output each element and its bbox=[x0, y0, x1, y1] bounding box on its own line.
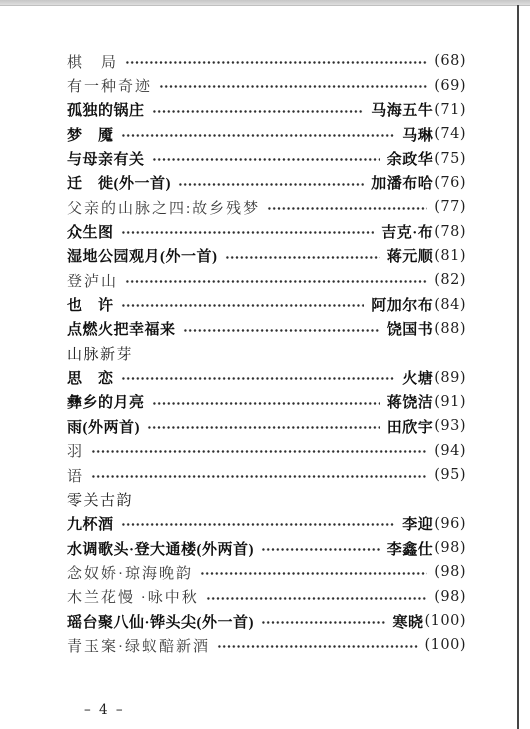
scanned-toc-page: 棋 局(68)有一种奇迹(69)孤独的锅庄马海五牛(71)梦 魇马琳(74)与母… bbox=[0, 0, 530, 729]
toc-entry: 与母亲有关余政华(75) bbox=[67, 146, 466, 170]
entry-author: 阿加尔布 bbox=[371, 294, 433, 315]
toc-section-heading: 零关古韵 bbox=[67, 487, 466, 511]
toc-entry: 瑶台聚八仙·铧头尖(外一首)寒晓(100) bbox=[67, 609, 466, 633]
dot-leader bbox=[152, 98, 365, 122]
dot-leader bbox=[125, 268, 427, 292]
entry-page-number: (88) bbox=[434, 321, 466, 337]
dot-leader bbox=[121, 292, 365, 316]
dot-leader bbox=[91, 463, 427, 487]
scan-top-edge bbox=[0, 0, 530, 6]
dot-leader bbox=[183, 317, 380, 341]
toc-entry: 语(95) bbox=[67, 463, 466, 487]
dot-leader bbox=[206, 585, 427, 609]
dot-leader bbox=[121, 365, 396, 389]
entry-title: 羽 bbox=[67, 440, 84, 461]
entry-title: 有一种奇迹 bbox=[67, 75, 152, 96]
entry-title: 孤独的锅庄 bbox=[67, 99, 145, 120]
toc-entry: 迁 徙(外一首)加潘布哈(76) bbox=[67, 171, 466, 195]
entry-author: 余政华 bbox=[387, 148, 434, 169]
entry-title: 与母亲有关 bbox=[67, 148, 145, 169]
toc-entry: 登泸山(82) bbox=[67, 268, 466, 292]
entry-title: 父亲的山脉之四:故乡残梦 bbox=[67, 197, 260, 218]
entry-title: 棋 局 bbox=[67, 51, 118, 72]
toc-entry: 也 许阿加尔布(84) bbox=[67, 292, 466, 316]
dot-leader bbox=[178, 171, 364, 195]
dot-leader bbox=[152, 146, 380, 170]
entry-author: 李鑫仕 bbox=[387, 538, 434, 559]
entry-page-number: (98) bbox=[434, 564, 466, 580]
dot-leader bbox=[91, 439, 427, 463]
entry-page-number: (77) bbox=[434, 199, 466, 215]
page-number-footer: – 4 – bbox=[84, 702, 125, 718]
entry-page-number: (74) bbox=[434, 126, 466, 142]
entry-page-number: (71) bbox=[434, 102, 466, 118]
entry-page-number: (81) bbox=[434, 248, 466, 264]
entry-page-number: (98) bbox=[434, 589, 466, 605]
toc-entry: 思 恋火塘(89) bbox=[67, 365, 466, 389]
entry-page-number: (69) bbox=[434, 78, 466, 94]
entry-title: 点燃火把幸福来 bbox=[67, 318, 176, 339]
toc-entry: 青玉案·绿蚁醅新酒(100) bbox=[67, 633, 466, 657]
entry-title: 雨(外两首) bbox=[67, 416, 140, 437]
dot-leader bbox=[225, 244, 380, 268]
toc-entry: 梦 魇马琳(74) bbox=[67, 122, 466, 146]
entry-title: 湿地公园观月(外一首) bbox=[67, 245, 218, 266]
scan-right-edge-line bbox=[517, 5, 519, 729]
table-of-contents: 棋 局(68)有一种奇迹(69)孤独的锅庄马海五牛(71)梦 魇马琳(74)与母… bbox=[67, 49, 466, 658]
dot-leader bbox=[125, 49, 427, 73]
entry-author: 饶国书 bbox=[387, 318, 434, 339]
entry-page-number: (94) bbox=[434, 443, 466, 459]
dot-leader bbox=[267, 195, 427, 219]
entry-page-number: (84) bbox=[434, 297, 466, 313]
entry-title: 众生图 bbox=[67, 221, 114, 242]
entry-page-number: (95) bbox=[434, 467, 466, 483]
entry-page-number: (100) bbox=[425, 637, 467, 653]
entry-page-number: (68) bbox=[434, 53, 466, 69]
dot-leader bbox=[121, 122, 396, 146]
entry-author: 田欣宇 bbox=[387, 416, 434, 437]
entry-title: 青玉案·绿蚁醅新酒 bbox=[67, 635, 210, 656]
toc-entry: 九杯酒李迎(96) bbox=[67, 512, 466, 536]
entry-page-number: (78) bbox=[434, 224, 466, 240]
entry-author: 加潘布哈 bbox=[371, 172, 433, 193]
entry-page-number: (93) bbox=[434, 418, 466, 434]
entry-author: 吉克·布 bbox=[381, 221, 433, 242]
dot-leader bbox=[217, 633, 418, 657]
entry-author: 马琳 bbox=[402, 124, 433, 145]
entry-title: 语 bbox=[67, 465, 84, 486]
dot-leader bbox=[121, 512, 396, 536]
dot-leader bbox=[159, 73, 427, 97]
entry-author: 蒋元顺 bbox=[387, 245, 434, 266]
entry-title: 登泸山 bbox=[67, 270, 118, 291]
toc-entry: 点燃火把幸福来饶国书(88) bbox=[67, 317, 466, 341]
entry-author: 寒晓 bbox=[392, 611, 423, 632]
entry-title: 九杯酒 bbox=[67, 513, 114, 534]
entry-title: 梦 魇 bbox=[67, 124, 114, 145]
toc-entry: 父亲的山脉之四:故乡残梦(77) bbox=[67, 195, 466, 219]
toc-entry: 水调歌头·登大通楼(外两首)李鑫仕(98) bbox=[67, 536, 466, 560]
entry-page-number: (96) bbox=[434, 516, 466, 532]
entry-title: 瑶台聚八仙·铧头尖(外一首) bbox=[67, 611, 254, 632]
entry-page-number: (82) bbox=[434, 272, 466, 288]
toc-entry: 雨(外两首)田欣宇(93) bbox=[67, 414, 466, 438]
toc-entry: 木兰花慢 ·咏中秋(98) bbox=[67, 585, 466, 609]
entry-title: 彝乡的月亮 bbox=[67, 391, 145, 412]
toc-entry: 彝乡的月亮蒋饶洁(91) bbox=[67, 390, 466, 414]
section-title: 山脉新芽 bbox=[67, 343, 133, 364]
entry-title: 水调歌头·登大通楼(外两首) bbox=[67, 538, 254, 559]
entry-title: 迁 徙(外一首) bbox=[67, 172, 171, 193]
dot-leader bbox=[261, 536, 380, 560]
toc-entry: 羽(94) bbox=[67, 439, 466, 463]
toc-section-heading: 山脉新芽 bbox=[67, 341, 466, 365]
section-title: 零关古韵 bbox=[67, 489, 133, 510]
toc-entry: 众生图吉克·布(78) bbox=[67, 219, 466, 243]
entry-author: 蒋饶洁 bbox=[387, 391, 434, 412]
toc-entry: 有一种奇迹(69) bbox=[67, 73, 466, 97]
entry-author: 火塘 bbox=[402, 367, 433, 388]
toc-entry: 湿地公园观月(外一首)蒋元顺(81) bbox=[67, 244, 466, 268]
entry-page-number: (91) bbox=[434, 394, 466, 410]
toc-entry: 念奴娇·琼海晚韵(98) bbox=[67, 560, 466, 584]
entry-page-number: (89) bbox=[434, 370, 466, 386]
toc-entry: 棋 局(68) bbox=[67, 49, 466, 73]
entry-author: 马海五牛 bbox=[371, 99, 433, 120]
entry-page-number: (75) bbox=[434, 151, 466, 167]
entry-title: 也 许 bbox=[67, 294, 114, 315]
entry-title: 念奴娇·琼海晚韵 bbox=[67, 562, 193, 583]
entry-page-number: (76) bbox=[434, 175, 466, 191]
toc-entry: 孤独的锅庄马海五牛(71) bbox=[67, 98, 466, 122]
entry-page-number: (98) bbox=[434, 540, 466, 556]
dot-leader bbox=[200, 560, 427, 584]
dot-leader bbox=[152, 390, 380, 414]
entry-author: 李迎 bbox=[402, 513, 433, 534]
entry-title: 思 恋 bbox=[67, 367, 114, 388]
entry-title: 木兰花慢 ·咏中秋 bbox=[67, 586, 199, 607]
dot-leader bbox=[147, 414, 380, 438]
dot-leader bbox=[261, 609, 385, 633]
dot-leader bbox=[121, 219, 375, 243]
entry-page-number: (100) bbox=[425, 613, 467, 629]
